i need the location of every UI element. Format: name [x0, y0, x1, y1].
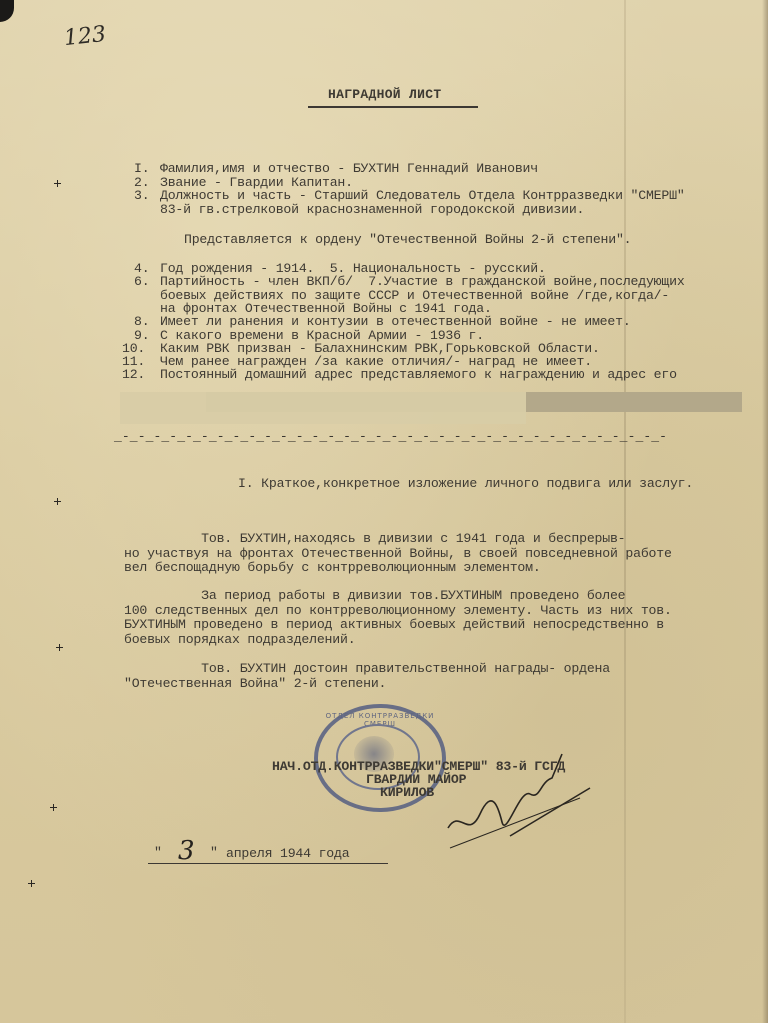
- list-item-text: Постоянный домашний адрес представляемог…: [160, 368, 677, 381]
- paragraph-line: За период работы в дивизии тов.БУХТИНЫМ …: [124, 589, 625, 602]
- date-underline: [148, 863, 388, 864]
- list-item-text: С какого времени в Красной Армии - 1936 …: [160, 329, 484, 342]
- list-item-text: 83-й гв.стрелковой краснознаменной город…: [160, 203, 584, 216]
- item-number: 2.: [134, 176, 149, 189]
- document-page: 123 НАГРАДНОЙ ЛИСТ I.Фамилия,имя и отчес…: [0, 0, 768, 1023]
- paragraph-line: вел беспощадную борьбу с контрреволюцион…: [124, 561, 541, 574]
- handwritten-signature: [440, 748, 600, 858]
- paper-edge: [762, 0, 768, 1023]
- punch-hole-icon: [28, 880, 35, 887]
- date-open-quote: ": [154, 846, 162, 859]
- list-item-text: Имеет ли ранения и контузии в отечествен…: [160, 315, 631, 328]
- item-number: 6.: [134, 275, 149, 288]
- item-number: 11.: [122, 355, 145, 368]
- item-number: I.: [134, 162, 149, 175]
- paragraph-line: 100 следственных дел по контрреволюционн…: [124, 604, 672, 617]
- nomination-line: Представляется к ордену "Отечественной В…: [184, 233, 631, 246]
- punch-hole-icon: [54, 180, 61, 187]
- date-close-quote: ": [210, 846, 218, 859]
- item-number: 12.: [122, 368, 145, 381]
- title-underline: [308, 106, 478, 108]
- list-item-text: Звание - Гвардии Капитан.: [160, 176, 353, 189]
- paragraph-line: "Отечественная Война" 2-й степени.: [124, 677, 386, 690]
- punch-hole-icon: [50, 804, 57, 811]
- separator-line: _-_-_-_-_-_-_-_-_-_-_-_-_-_-_-_-_-_-_-_-…: [114, 430, 667, 443]
- item-number: 4.: [134, 262, 149, 275]
- redaction-patch: [120, 392, 526, 424]
- handwritten-page-number: 123: [63, 22, 107, 51]
- list-item-text: Чем ранее награжден /за какие отличия/- …: [160, 355, 592, 368]
- paragraph-line: Тов. БУХТИН,находясь в дивизии с 1941 го…: [124, 532, 625, 545]
- list-item-text: Каким РВК призван - Балахнинским РВК,Гор…: [160, 342, 600, 355]
- list-item-text: Партийность - член ВКП/б/ 7.Участие в гр…: [160, 275, 685, 288]
- paper-fold: [624, 0, 626, 1023]
- punch-hole-icon: [56, 644, 63, 651]
- list-item-text: на фронтах Отечественной Войны с 1941 го…: [160, 302, 492, 315]
- list-item-text: Фамилия,имя и отчество - БУХТИН Геннадий…: [160, 162, 538, 175]
- section-heading: I. Краткое,конкретное изложение личного …: [238, 477, 693, 490]
- document-title: НАГРАДНОЙ ЛИСТ: [328, 88, 441, 101]
- torn-corner: [0, 0, 14, 22]
- paragraph-line: но участвуя на фронтах Отечественной Вой…: [124, 547, 672, 560]
- paragraph-line: БУХТИНЫМ проведено в период активных бое…: [124, 618, 664, 631]
- punch-hole-icon: [54, 498, 61, 505]
- item-number: 8.: [134, 315, 149, 328]
- item-number: 10.: [122, 342, 145, 355]
- paragraph-line: Тов. БУХТИН достоин правительственной на…: [124, 662, 610, 675]
- list-item-text: боевых действиях по защите СССР и Отечес…: [160, 289, 669, 302]
- date-text: апреля 1944 года: [226, 847, 349, 860]
- item-number: 9.: [134, 329, 149, 342]
- list-item-text: Год рождения - 1914. 5. Национальность -…: [160, 262, 546, 275]
- date-day-handwritten: 3: [178, 836, 195, 866]
- signature-line: КИРИЛОВ: [380, 786, 434, 799]
- list-item-text: Должность и часть - Старший Следователь …: [160, 189, 685, 202]
- item-number: 3.: [134, 189, 149, 202]
- paragraph-line: боевых порядках подразделений.: [124, 633, 355, 646]
